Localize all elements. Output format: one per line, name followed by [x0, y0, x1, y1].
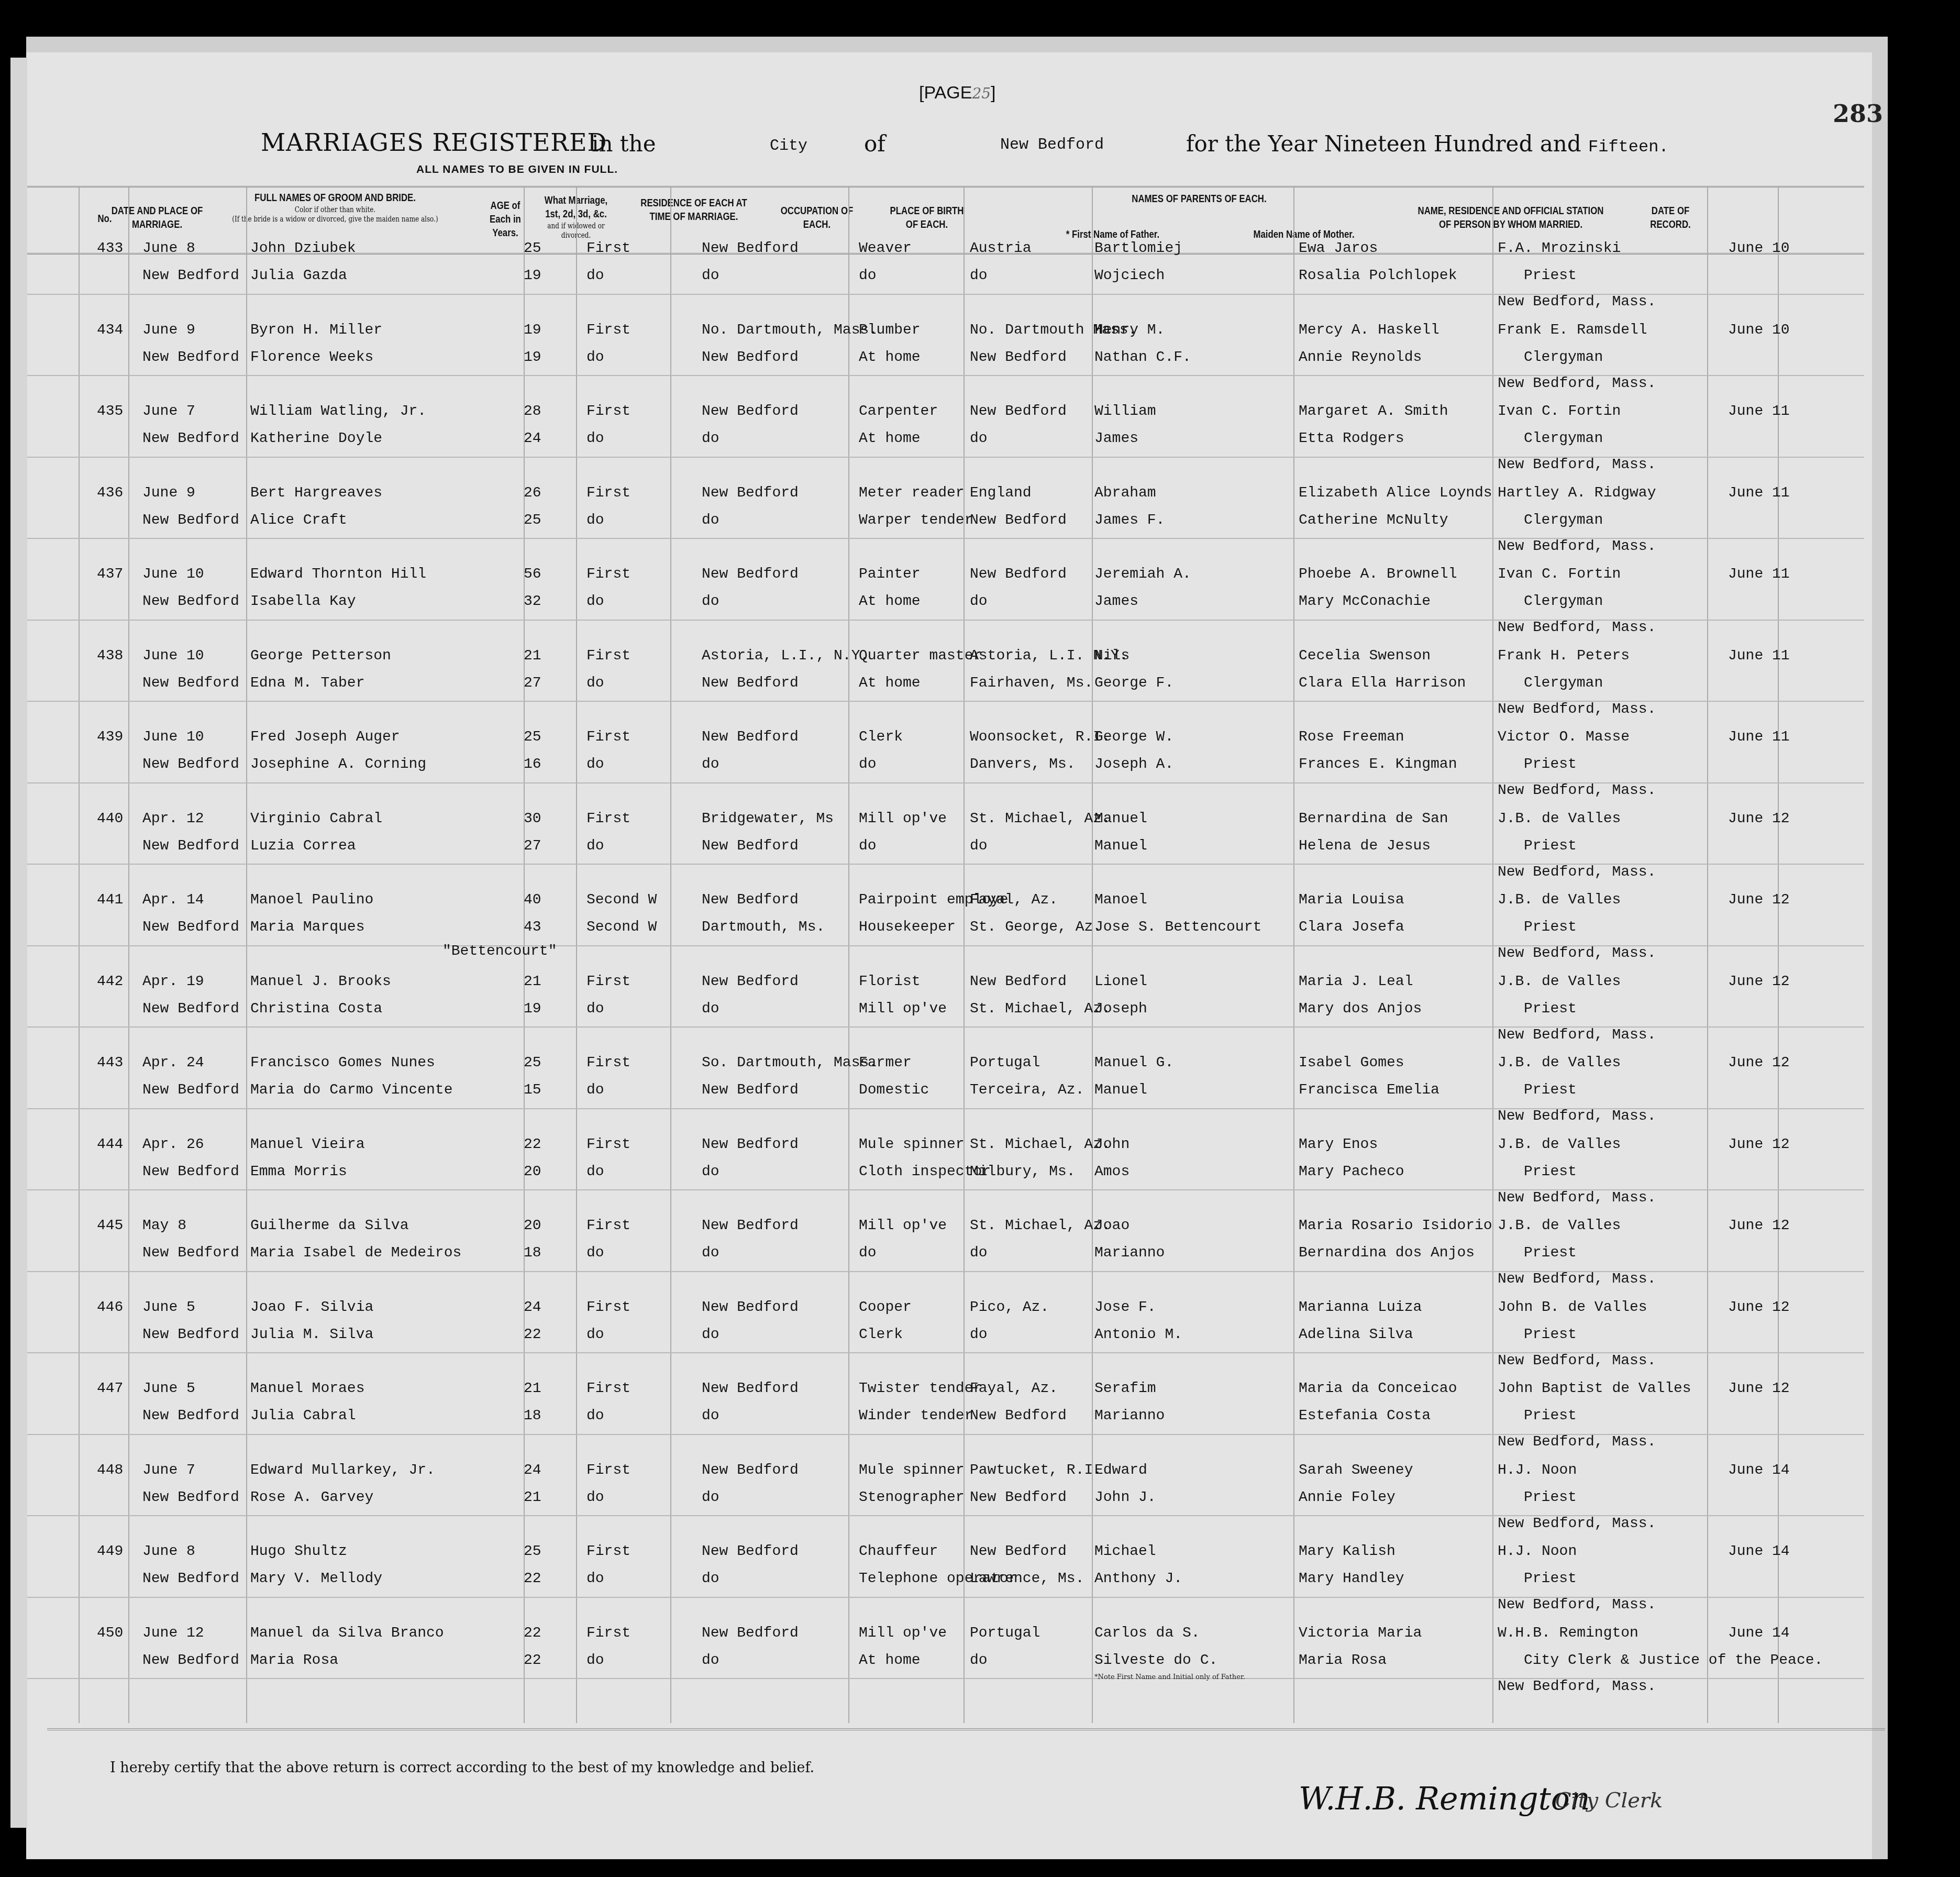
officiant-name: Hartley A. Ridgway	[1498, 485, 1656, 501]
groom-birthplace: Portugal	[970, 1626, 1040, 1641]
groom-age: 24	[524, 1463, 541, 1478]
folio-number: 283	[1833, 100, 1883, 128]
year-value: Fifteen.	[1588, 137, 1669, 157]
bride-residence: Dartmouth, Ms.	[702, 920, 825, 935]
column-divider	[1707, 186, 1708, 1723]
bride-father: Silveste do C.	[1094, 1653, 1217, 1669]
groom-birthplace: Portugal	[970, 1055, 1040, 1071]
record-number: 446	[97, 1300, 123, 1316]
column-divider	[576, 186, 577, 1723]
groom-mother: Victoria Maria	[1299, 1626, 1422, 1641]
groom-occupation: Meter reader	[859, 485, 965, 501]
bride-birthplace: New Bedford	[970, 1490, 1067, 1506]
groom-birthplace: Pico, Az.	[970, 1300, 1049, 1316]
officiant-title: Priest	[1524, 1245, 1577, 1261]
bride-marriage: do	[586, 757, 604, 772]
record-date: June 12	[1728, 1055, 1790, 1071]
record-number: 445	[97, 1218, 123, 1234]
groom-mother: Bernardina de San	[1299, 811, 1448, 827]
groom-father: Bartlomiej	[1094, 241, 1182, 257]
groom-name: George Petterson	[250, 648, 391, 664]
groom-marriage: First	[586, 567, 630, 582]
bride-name: Luzia Correa	[250, 838, 356, 854]
marriage-date: June 5	[142, 1381, 195, 1397]
bride-mother: Adelina Silva	[1299, 1327, 1413, 1343]
bride-father: John J.	[1094, 1490, 1156, 1506]
col-header-age: AGE of Each in Years.	[480, 199, 530, 240]
bride-age: 20	[524, 1164, 541, 1180]
officiant-residence: New Bedford, Mass.	[1498, 702, 1656, 717]
marriage-date: June 9	[142, 485, 195, 501]
bride-age: 18	[524, 1408, 541, 1424]
marriage-date: June 10	[142, 567, 204, 582]
bride-father: James	[1094, 594, 1138, 610]
officiant-title: Priest	[1524, 1083, 1577, 1098]
groom-occupation: Mule spinner	[859, 1463, 965, 1478]
record-date: June 11	[1728, 730, 1790, 745]
officiant-name: Ivan C. Fortin	[1498, 567, 1621, 582]
groom-birthplace: New Bedford	[970, 1544, 1067, 1560]
bride-father: James	[1094, 431, 1138, 447]
groom-name: Manoel Paulino	[250, 892, 373, 908]
marriage-place: New Bedford	[142, 757, 239, 772]
officiant-name: Frank E. Ramsdell	[1498, 323, 1647, 338]
marriage-place: New Bedford	[142, 676, 239, 691]
bride-residence: do	[702, 1245, 719, 1261]
marriage-date: Apr. 26	[142, 1137, 204, 1153]
record-number: 441	[97, 892, 123, 908]
record-number: 433	[97, 241, 123, 257]
bride-name: Katherine Doyle	[250, 431, 382, 447]
bride-mother: Annie Foley	[1299, 1490, 1396, 1506]
bride-father: Antonio M.	[1094, 1327, 1182, 1343]
bride-residence: New Bedford	[702, 350, 799, 366]
groom-birthplace: England	[970, 485, 1032, 501]
bride-mother: Rosalia Polchlopek	[1299, 268, 1457, 284]
bride-occupation: do	[859, 1245, 877, 1261]
bride-age: 15	[524, 1083, 541, 1098]
bride-age: 22	[524, 1571, 541, 1587]
bride-birthplace: do	[970, 268, 988, 284]
bride-residence: do	[702, 1327, 719, 1343]
officiant-name: H.J. Noon	[1498, 1544, 1577, 1560]
officiant-title: City Clerk & Justice of the Peace.	[1524, 1653, 1823, 1669]
bride-occupation: Warper tender	[859, 513, 973, 528]
bride-father: Amos	[1094, 1164, 1130, 1180]
year-prefix: for the Year Nineteen Hundred and	[1186, 131, 1581, 157]
marriage-date: June 8	[142, 1544, 195, 1560]
groom-occupation: Plumber	[859, 323, 921, 338]
groom-residence: New Bedford	[702, 241, 799, 257]
groom-father: George W.	[1094, 730, 1173, 745]
record-number: 443	[97, 1055, 123, 1071]
bride-occupation: At home	[859, 676, 921, 691]
groom-mother: Sarah Sweeney	[1299, 1463, 1413, 1478]
marriage-place: New Bedford	[142, 1408, 239, 1424]
bride-name: Maria Rosa	[250, 1653, 338, 1669]
groom-father: Serafim	[1094, 1381, 1156, 1397]
col-header-names: FULL NAMES OF GROOM AND BRIDE. Color if …	[226, 191, 444, 224]
bride-birthplace: do	[970, 1245, 988, 1261]
officiant-name: J.B. de Valles	[1498, 1137, 1621, 1153]
groom-mother: Maria da Conceicao	[1299, 1381, 1457, 1397]
jurisdiction-type: City	[770, 137, 807, 155]
page-edge	[10, 58, 27, 1828]
groom-residence: New Bedford	[702, 1137, 799, 1153]
bride-age: 18	[524, 1245, 541, 1261]
officiant-name: J.B. de Valles	[1498, 1055, 1621, 1071]
groom-occupation: Mill op've	[859, 811, 947, 827]
page-title: MARRIAGES REGISTERED in the City of New …	[26, 126, 1888, 168]
groom-father: Manoel	[1094, 892, 1147, 908]
groom-age: 24	[524, 1300, 541, 1316]
groom-father: Manuel G.	[1094, 1055, 1173, 1071]
groom-birthplace: St. Michael, Az.	[970, 1137, 1111, 1153]
bride-name: Alice Craft	[250, 513, 347, 528]
marriage-place: New Bedford	[142, 268, 239, 284]
bride-age: 32	[524, 594, 541, 610]
bride-residence: do	[702, 1001, 719, 1017]
bride-residence: do	[702, 1490, 719, 1506]
groom-name: Manuel J. Brooks	[250, 974, 391, 990]
officiant-residence: New Bedford, Mass.	[1498, 1353, 1656, 1369]
title-in-the: in the	[592, 131, 656, 157]
officiant-name: John Baptist de Valles	[1498, 1381, 1691, 1397]
bride-marriage: do	[586, 1653, 604, 1669]
officiant-title: Clergyman	[1524, 350, 1603, 366]
certification-text: I hereby certify that the above return i…	[110, 1760, 814, 1776]
marriage-place: New Bedford	[142, 594, 239, 610]
bride-age: 19	[524, 350, 541, 366]
officiant-residence: New Bedford, Mass.	[1498, 294, 1656, 310]
groom-residence: No. Dartmouth, Mass.	[702, 323, 878, 338]
groom-age: 21	[524, 974, 541, 990]
bride-age: 21	[524, 1490, 541, 1506]
bride-mother: Frances E. Kingman	[1299, 757, 1457, 772]
officiant-title: Priest	[1524, 757, 1577, 772]
officiant-name: W.H.B. Remington	[1498, 1626, 1638, 1641]
bride-residence: New Bedford	[702, 838, 799, 854]
groom-residence: Bridgewater, Ms	[702, 811, 834, 827]
bride-father: Manuel	[1094, 838, 1147, 854]
groom-residence: New Bedford	[702, 567, 799, 582]
groom-marriage: First	[586, 241, 630, 257]
record-number: 437	[97, 567, 123, 582]
groom-occupation: Clerk	[859, 730, 903, 745]
col-header-occupation: OCCUPATION OF EACH.	[779, 204, 855, 231]
officiant-title: Clergyman	[1524, 594, 1603, 610]
bride-father: James F.	[1094, 513, 1165, 528]
page-label-close: ]	[991, 83, 995, 103]
bride-mother: Mary dos Anjos	[1299, 1001, 1422, 1017]
officiant-name: Victor O. Masse	[1498, 730, 1630, 745]
record-date: June 14	[1728, 1544, 1790, 1560]
bride-father: Jose S. Bettencourt	[1094, 920, 1261, 935]
father-footnote: *Note First Name and Initial only of Fat…	[1094, 1673, 1293, 1682]
bride-marriage: do	[586, 1408, 604, 1424]
record-number: 449	[97, 1544, 123, 1560]
bride-marriage: do	[586, 838, 604, 854]
groom-mother: Margaret A. Smith	[1299, 404, 1448, 419]
officiant-residence: New Bedford, Mass.	[1498, 376, 1656, 392]
jurisdiction-name: New Bedford	[1000, 136, 1104, 154]
groom-residence: Astoria, L.I., N.Y.	[702, 648, 869, 664]
bride-mother: Bernardina dos Anjos	[1299, 1245, 1475, 1261]
table-bottom-rule	[47, 1728, 1885, 1730]
column-divider	[848, 186, 849, 1723]
year-line: for the Year Nineteen Hundred and Fiftee…	[1186, 131, 1669, 157]
bride-name: Maria Isabel de Medeiros	[250, 1245, 461, 1261]
record-number: 439	[97, 730, 123, 745]
groom-age: 25	[524, 1055, 541, 1071]
bride-mother: Francisca Emelia	[1299, 1083, 1439, 1098]
groom-mother: Ewa Jaros	[1299, 241, 1378, 257]
col-header-names-title: FULL NAMES OF GROOM AND BRIDE.	[254, 192, 416, 204]
bride-birthplace: do	[970, 431, 988, 447]
bride-father: Nathan C.F.	[1094, 350, 1191, 366]
record-date: June 12	[1728, 892, 1790, 908]
groom-residence: New Bedford	[702, 485, 799, 501]
groom-age: 22	[524, 1626, 541, 1641]
bride-age: 43	[524, 920, 541, 935]
groom-name: John Dziubek	[250, 241, 356, 257]
bride-marriage: do	[586, 1164, 604, 1180]
marriage-date: Apr. 24	[142, 1055, 204, 1071]
bride-mother: Catherine McNulty	[1299, 513, 1448, 528]
bride-birthplace: St. Michael, Az.	[970, 1001, 1111, 1017]
officiant-name: Frank H. Peters	[1498, 648, 1630, 664]
page-label: [PAGE25]	[919, 83, 996, 103]
groom-mother: Mary Kalish	[1299, 1544, 1396, 1560]
groom-mother: Maria Louisa	[1299, 892, 1404, 908]
marriage-place: New Bedford	[142, 431, 239, 447]
marriage-date: June 5	[142, 1300, 195, 1316]
officiant-title: Priest	[1524, 920, 1577, 935]
groom-residence: New Bedford	[702, 1544, 799, 1560]
page-label-text: [PAGE	[919, 83, 972, 103]
marriage-date: June 10	[142, 730, 204, 745]
bride-birthplace: St. George, Az.	[970, 920, 1102, 935]
marriage-place: New Bedford	[142, 1083, 239, 1098]
table-top-rule	[26, 186, 1864, 187]
groom-mother: Maria J. Leal	[1299, 974, 1413, 990]
bride-name: Josephine A. Corning	[250, 757, 426, 772]
bride-age: 25	[524, 513, 541, 528]
groom-marriage: First	[586, 485, 630, 501]
bride-mother: Mary Pacheco	[1299, 1164, 1404, 1180]
marriage-place: New Bedford	[142, 350, 239, 366]
officiant-name: F.A. Mrozinski	[1498, 241, 1621, 257]
bride-age: 19	[524, 1001, 541, 1017]
officiant-residence: New Bedford, Mass.	[1498, 457, 1656, 473]
groom-birthplace: New Bedford	[970, 974, 1067, 990]
bride-occupation: Housekeeper	[859, 920, 956, 935]
groom-name: Hugo Shultz	[250, 1544, 347, 1560]
groom-mother: Phoebe A. Brownell	[1299, 567, 1457, 582]
officiant-name: H.J. Noon	[1498, 1463, 1577, 1478]
officiant-residence: New Bedford, Mass.	[1498, 1109, 1656, 1124]
bride-name: Edna M. Taber	[250, 676, 364, 691]
bride-father: Marianno	[1094, 1245, 1165, 1261]
bride-occupation: Mill op've	[859, 1001, 947, 1017]
marriage-place: New Bedford	[142, 1001, 239, 1017]
bride-name: Julia Cabral	[250, 1408, 356, 1424]
groom-birthplace: St. Michael, Az.	[970, 811, 1111, 827]
bride-mother: Mary McConachie	[1299, 594, 1431, 610]
groom-father: Carlos da S.	[1094, 1626, 1200, 1641]
marriage-date: Apr. 14	[142, 892, 204, 908]
bride-occupation: do	[859, 838, 877, 854]
record-date: June 11	[1728, 485, 1790, 501]
groom-name: Edward Mullarkey, Jr.	[250, 1463, 435, 1478]
bride-occupation: Clerk	[859, 1327, 903, 1343]
groom-residence: New Bedford	[702, 1626, 799, 1641]
groom-mother: Elizabeth Alice Loynds	[1299, 485, 1492, 501]
groom-name: Fred Joseph Auger	[250, 730, 400, 745]
bride-mother: Clara Ella Harrison	[1299, 676, 1466, 691]
bride-birthplace: New Bedford	[970, 350, 1067, 366]
groom-father: Abraham	[1094, 485, 1156, 501]
groom-name: Edward Thornton Hill	[250, 567, 426, 582]
page-handwritten-number: 25	[972, 85, 991, 102]
bride-age: 24	[524, 431, 541, 447]
bride-marriage: do	[586, 1490, 604, 1506]
bride-name: Florence Weeks	[250, 350, 373, 366]
column-divider	[79, 186, 80, 1723]
bride-residence: do	[702, 1164, 719, 1180]
officiant-residence: New Bedford, Mass.	[1498, 1272, 1656, 1287]
groom-father: Lionel	[1094, 974, 1147, 990]
groom-father: John	[1094, 1137, 1130, 1153]
bride-marriage: do	[586, 513, 604, 528]
groom-age: 28	[524, 404, 541, 419]
groom-age: 25	[524, 730, 541, 745]
bride-name: Isabella Kay	[250, 594, 356, 610]
bride-name: Maria Marques	[250, 920, 364, 935]
col-header-residence: RESIDENCE OF EACH AT TIME OF MARRIAGE.	[637, 196, 750, 224]
signature-title: City Clerk	[1555, 1788, 1663, 1813]
record-date: June 10	[1728, 323, 1790, 338]
groom-residence: New Bedford	[702, 974, 799, 990]
bride-residence: do	[702, 431, 719, 447]
bride-mother: Annie Reynolds	[1299, 350, 1422, 366]
record-date: June 10	[1728, 241, 1790, 257]
bride-marriage: do	[586, 676, 604, 691]
groom-father: Jose F.	[1094, 1300, 1156, 1316]
groom-name: Joao F. Silvia	[250, 1300, 373, 1316]
groom-age: 25	[524, 241, 541, 257]
bride-age: 22	[524, 1327, 541, 1343]
bride-maiden-name: "Bettencourt"	[442, 944, 557, 959]
officiant-name: J.B. de Valles	[1498, 974, 1621, 990]
bride-marriage: do	[586, 350, 604, 366]
bride-residence: do	[702, 513, 719, 528]
groom-name: Manuel Vieira	[250, 1137, 364, 1153]
col-header-mother: Maiden Name of Mother.	[1233, 228, 1375, 241]
groom-birthplace: Austria	[970, 241, 1032, 257]
groom-name: Francisco Gomes Nunes	[250, 1055, 435, 1071]
marriage-date: May 8	[142, 1218, 186, 1234]
officiant-residence: New Bedford, Mass.	[1498, 1190, 1656, 1206]
groom-birthplace: New Bedford	[970, 567, 1067, 582]
officiant-title: Priest	[1524, 1408, 1577, 1424]
groom-residence: New Bedford	[702, 1463, 799, 1478]
officiant-title: Priest	[1524, 1327, 1577, 1343]
groom-residence: So. Dartmouth, Mass.	[702, 1055, 878, 1071]
groom-birthplace: St. Michael, Az.	[970, 1218, 1111, 1234]
col-header-date-place: DATE AND PLACE OF MARRIAGE.	[111, 204, 203, 231]
record-number: 448	[97, 1463, 123, 1478]
officiant-title: Priest	[1524, 1490, 1577, 1506]
record-number: 440	[97, 811, 123, 827]
groom-occupation: Cooper	[859, 1300, 912, 1316]
groom-birthplace: Woonsocket, R.I.	[970, 730, 1111, 745]
bride-residence: do	[702, 1571, 719, 1587]
groom-occupation: Farmer	[859, 1055, 912, 1071]
groom-age: 20	[524, 1218, 541, 1234]
title-of: of	[864, 131, 885, 157]
groom-marriage: First	[586, 648, 630, 664]
marriage-date: June 8	[142, 241, 195, 257]
officiant-name: J.B. de Valles	[1498, 892, 1621, 908]
record-number: 438	[97, 648, 123, 664]
groom-occupation: Mill op've	[859, 1218, 947, 1234]
groom-name: Byron H. Miller	[250, 323, 382, 338]
groom-residence: New Bedford	[702, 730, 799, 745]
groom-occupation: Mule spinner	[859, 1137, 965, 1153]
officiant-residence: New Bedford, Mass.	[1498, 539, 1656, 555]
bride-father: Wojciech	[1094, 268, 1165, 284]
record-date: June 11	[1728, 404, 1790, 419]
col-header-names-note2: (If the bride is a widow or divorced, gi…	[226, 214, 444, 224]
officiant-residence: New Bedford, Mass.	[1498, 783, 1656, 799]
bride-father: Joseph A.	[1094, 757, 1173, 772]
bride-marriage: do	[586, 594, 604, 610]
bride-occupation: Winder tender	[859, 1408, 973, 1424]
groom-residence: New Bedford	[702, 404, 799, 419]
bride-occupation: At home	[859, 431, 921, 447]
groom-birthplace: Fayal, Az.	[970, 892, 1058, 908]
officiant-residence: New Bedford, Mass.	[1498, 1679, 1656, 1695]
officiant-title: Priest	[1524, 1571, 1577, 1587]
groom-marriage: First	[586, 1463, 630, 1478]
record-date: June 12	[1728, 811, 1790, 827]
bride-occupation: do	[859, 757, 877, 772]
marriage-place: New Bedford	[142, 1245, 239, 1261]
groom-marriage: First	[586, 323, 630, 338]
bride-occupation: do	[859, 268, 877, 284]
marriage-place: New Bedford	[142, 513, 239, 528]
record-number: 442	[97, 974, 123, 990]
officiant-title: Clergyman	[1524, 676, 1603, 691]
marriage-place: New Bedford	[142, 1327, 239, 1343]
bride-name: Mary V. Mellody	[250, 1571, 382, 1587]
groom-marriage: First	[586, 1626, 630, 1641]
record-date: June 12	[1728, 1218, 1790, 1234]
marriage-date: Apr. 19	[142, 974, 204, 990]
officiant-residence: New Bedford, Mass.	[1498, 1516, 1656, 1532]
column-divider	[1492, 186, 1493, 1723]
groom-marriage: First	[586, 1218, 630, 1234]
groom-father: Edward	[1094, 1463, 1147, 1478]
bride-birthplace: New Bedford	[970, 513, 1067, 528]
groom-marriage: First	[586, 404, 630, 419]
bride-marriage: do	[586, 1083, 604, 1098]
groom-name: Bert Hargreaves	[250, 485, 382, 501]
bride-birthplace: New Bedford	[970, 1408, 1067, 1424]
column-divider	[128, 186, 129, 1723]
bride-residence: do	[702, 268, 719, 284]
